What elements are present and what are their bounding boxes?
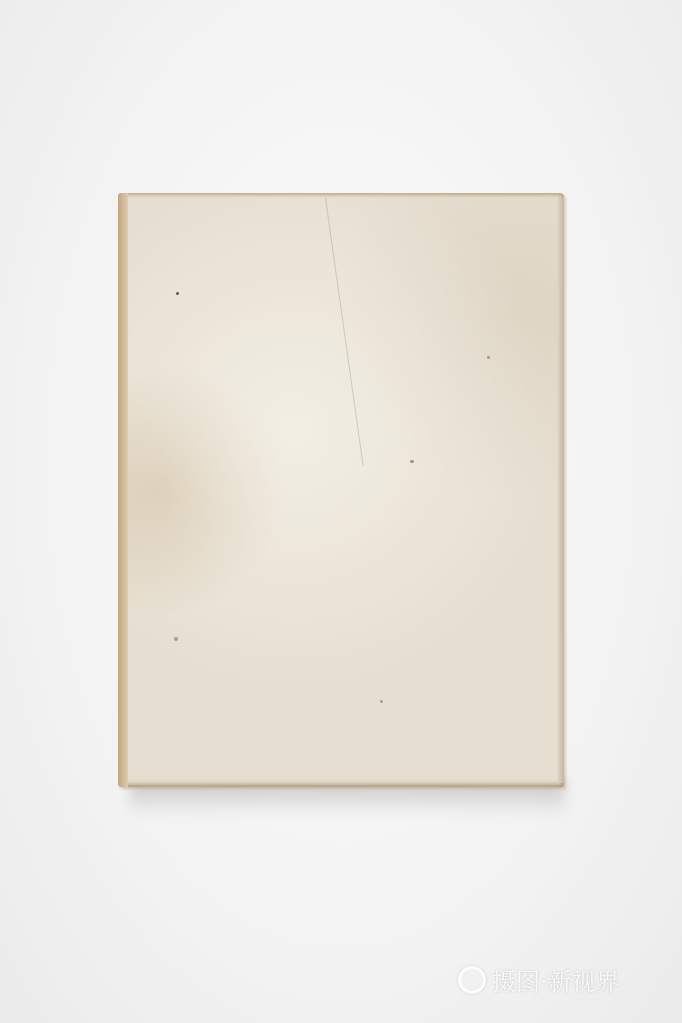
book-page-edge (558, 197, 564, 783)
stain-spot (380, 700, 383, 703)
watermark: 摄图·新视界 (458, 962, 620, 997)
watermark-text: 摄图·新视界 (492, 962, 620, 997)
stain-spot (410, 460, 414, 463)
stain-spot (174, 637, 178, 641)
stain-spot (176, 292, 179, 295)
aperture-logo-icon (458, 966, 486, 994)
book-spine-edge (118, 193, 128, 787)
old-book-cover (118, 193, 564, 787)
stain-spot (487, 356, 490, 359)
